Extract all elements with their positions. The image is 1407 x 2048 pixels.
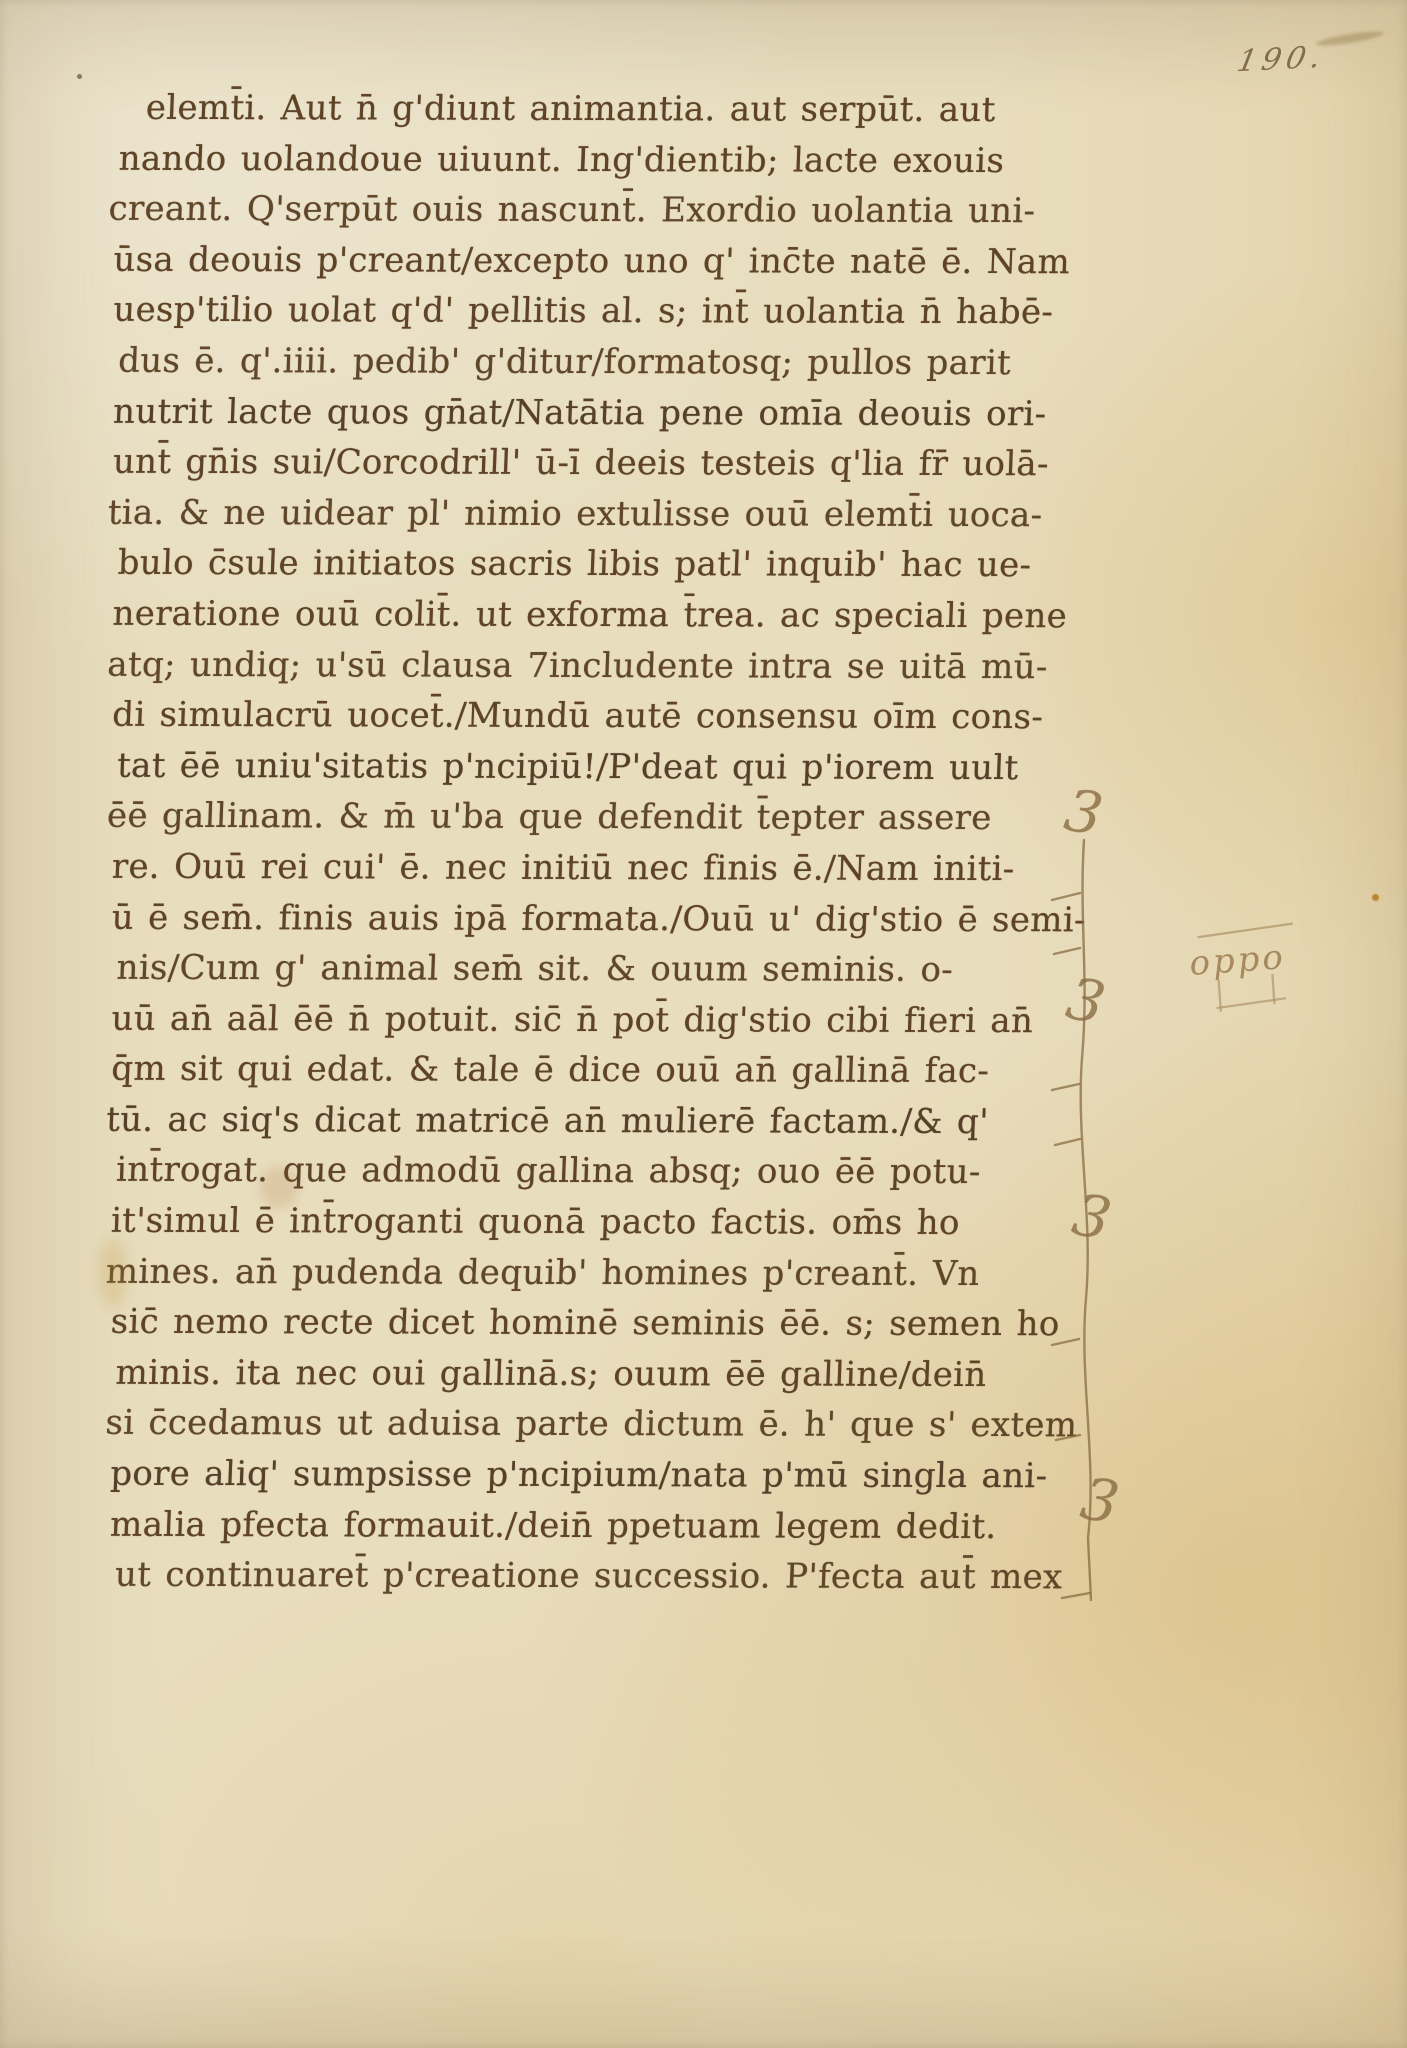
manuscript-line: q̄m sit qui edat. & tale ē dice ouū an̄ … (110, 1044, 1064, 1097)
manuscript-line: mines. an̄ pudenda dequib' homines p'cre… (105, 1246, 1059, 1299)
nota-squiggle: 3 (1076, 1464, 1124, 1537)
parchment-stain (260, 1166, 298, 1208)
margin-dash (1052, 1084, 1079, 1090)
manuscript-line: tia. & ne uidear pl' nimio extulisse ouū… (107, 487, 1061, 540)
manuscript-line: ū ē sem̄. finis auis ipā formata./Ouū u'… (111, 892, 1065, 945)
manuscript-line: int̄rogat. que admodū gallina absq; ouo … (115, 1145, 1069, 1198)
manuscript-line: malia pfecta formauit./dein̄ ppetuam leg… (109, 1499, 1063, 1552)
manuscript-line: sic̄ nemo recte dicet hominē seminis ēē.… (110, 1297, 1064, 1350)
margin-dash (1054, 948, 1080, 954)
manuscript-line: bulo c̄sule initiatos sacris libis patl'… (117, 538, 1071, 591)
wax-speck (1372, 894, 1379, 901)
nota-squiggle: 3 (1060, 776, 1108, 849)
manuscript-line: elemt̄i. Aut n̄ g'diunt animantia. aut s… (113, 83, 1067, 136)
ink-speck (77, 74, 82, 79)
margin-dash (1056, 1435, 1080, 1440)
manuscript-line: creant. Q'serpūt ouis nascunt̄. Exordio … (108, 184, 1062, 237)
text-block: elemt̄i. Aut n̄ g'diunt animantia. aut s… (110, 83, 1066, 1603)
marginal-note-oppo: oppo (1177, 918, 1313, 1023)
manuscript-line: atq; undiq; u'sū clausa 7includente intr… (107, 639, 1061, 692)
manuscript-line: ut continuaret̄ p'creatione successio. P… (114, 1550, 1068, 1603)
manuscript-line: ūsa deouis p'creant/excepto uno q' inc̄t… (113, 235, 1067, 288)
manuscript-line: neratione ouū colit̄. ut exforma t̄rea. … (112, 589, 1066, 642)
manuscript-line: pore aliq' sumpsisse p'ncipium/nata p'mū… (109, 1449, 1063, 1502)
nota-squiggle: 3 (1061, 964, 1111, 1038)
margin-dash (1052, 893, 1080, 900)
manuscript-line: uesp'tilio uolat q'd' pellitis al. s; in… (112, 285, 1066, 338)
manuscript-line: si c̄cedamus ut aduisa parte dictum ē. h… (105, 1398, 1059, 1451)
manuscript-line: minis. ita nec oui gallinā.s; ouum ēē ga… (115, 1348, 1069, 1401)
nota-squiggle: 3 (1067, 1180, 1117, 1254)
manuscript-line: it'simul ē int̄roganti quonā pacto facti… (110, 1196, 1064, 1249)
manuscript-line: dus ē. q'.iiii. pedib' g'ditur/formatosq… (117, 336, 1071, 389)
parchment-stain (98, 1238, 128, 1308)
manuscript-line: di simulacrū uocet̄./Mundū autē consensu… (111, 690, 1065, 743)
manuscript-line: tat ēē uniu'sitatis p'ncipiū!/P'deat qui… (116, 740, 1070, 793)
manuscript-page: 190. elemt̄i. Aut n̄ g'diunt animantia. … (0, 0, 1407, 2048)
manuscript-line: nutrit lacte quos gn̄at/Natātia pene omī… (112, 386, 1066, 439)
margin-dash (1052, 1339, 1079, 1345)
margin-dash (1062, 1593, 1090, 1598)
marginal-note-text: oppo (1188, 937, 1287, 984)
manuscript-line: tū. ac siq's dicat matricē an̄ mulierē f… (105, 1095, 1059, 1148)
ink-smudge (1316, 29, 1385, 49)
manuscript-line: unt̄ gn̄is sui/Corcodrill' ū-ī deeis tes… (112, 437, 1066, 490)
nota-squiggle-group: 3 3 3 3 (1060, 776, 1124, 1538)
manuscript-line: nando uolandoue uiuunt. Ing'dientib; lac… (118, 133, 1072, 186)
manuscript-line: re. Ouū rei cui' ē. nec initiū nec finis… (111, 842, 1065, 895)
folio-number: 190. (1234, 40, 1329, 79)
margin-dash (1055, 1139, 1080, 1145)
margin-nota-marks: 3 3 3 3 (1022, 768, 1192, 1638)
manuscript-line: uū an̄ aāl ēē n̄ potuit. sic̄ n̄ pot̄ di… (111, 993, 1065, 1046)
manuscript-line: nis/Cum g' animal sem̄ sit. & ouum semin… (116, 943, 1070, 996)
manuscript-line: ēē gallinam. & m̄ u'ba que defendit t̄ep… (106, 791, 1060, 844)
